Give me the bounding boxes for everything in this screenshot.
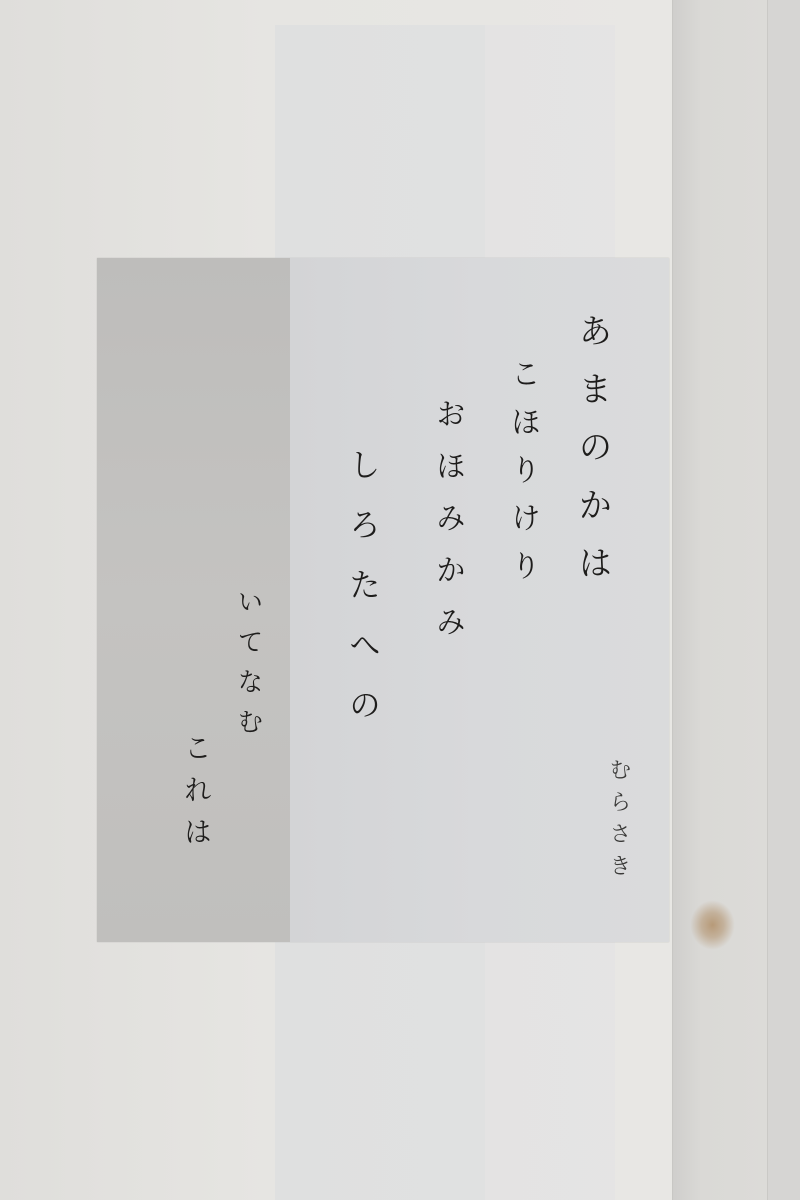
shikishi-card: いてなむ これは あまのかは こほりけり おほみかみ しろたへの むらさき [97,258,669,942]
scroll-edge [767,0,800,1200]
calligraphy-column-3: おほみかみ [432,398,462,658]
calligraphy-column-4: しろたへの [347,448,379,748]
scroll-border-strip [672,0,768,1200]
calligraphy-column-1: あまのかは [575,313,609,603]
calligraphy-left-column-1: いてなむ [235,588,261,748]
calligraphy-column-2: こほりけり [507,358,537,598]
shikishi-left-panel: いてなむ これは [97,258,290,942]
calligraphy-signature: むらさき [607,758,629,886]
calligraphy-left-column-2: これは [182,733,210,859]
foxing-stain [690,900,735,950]
